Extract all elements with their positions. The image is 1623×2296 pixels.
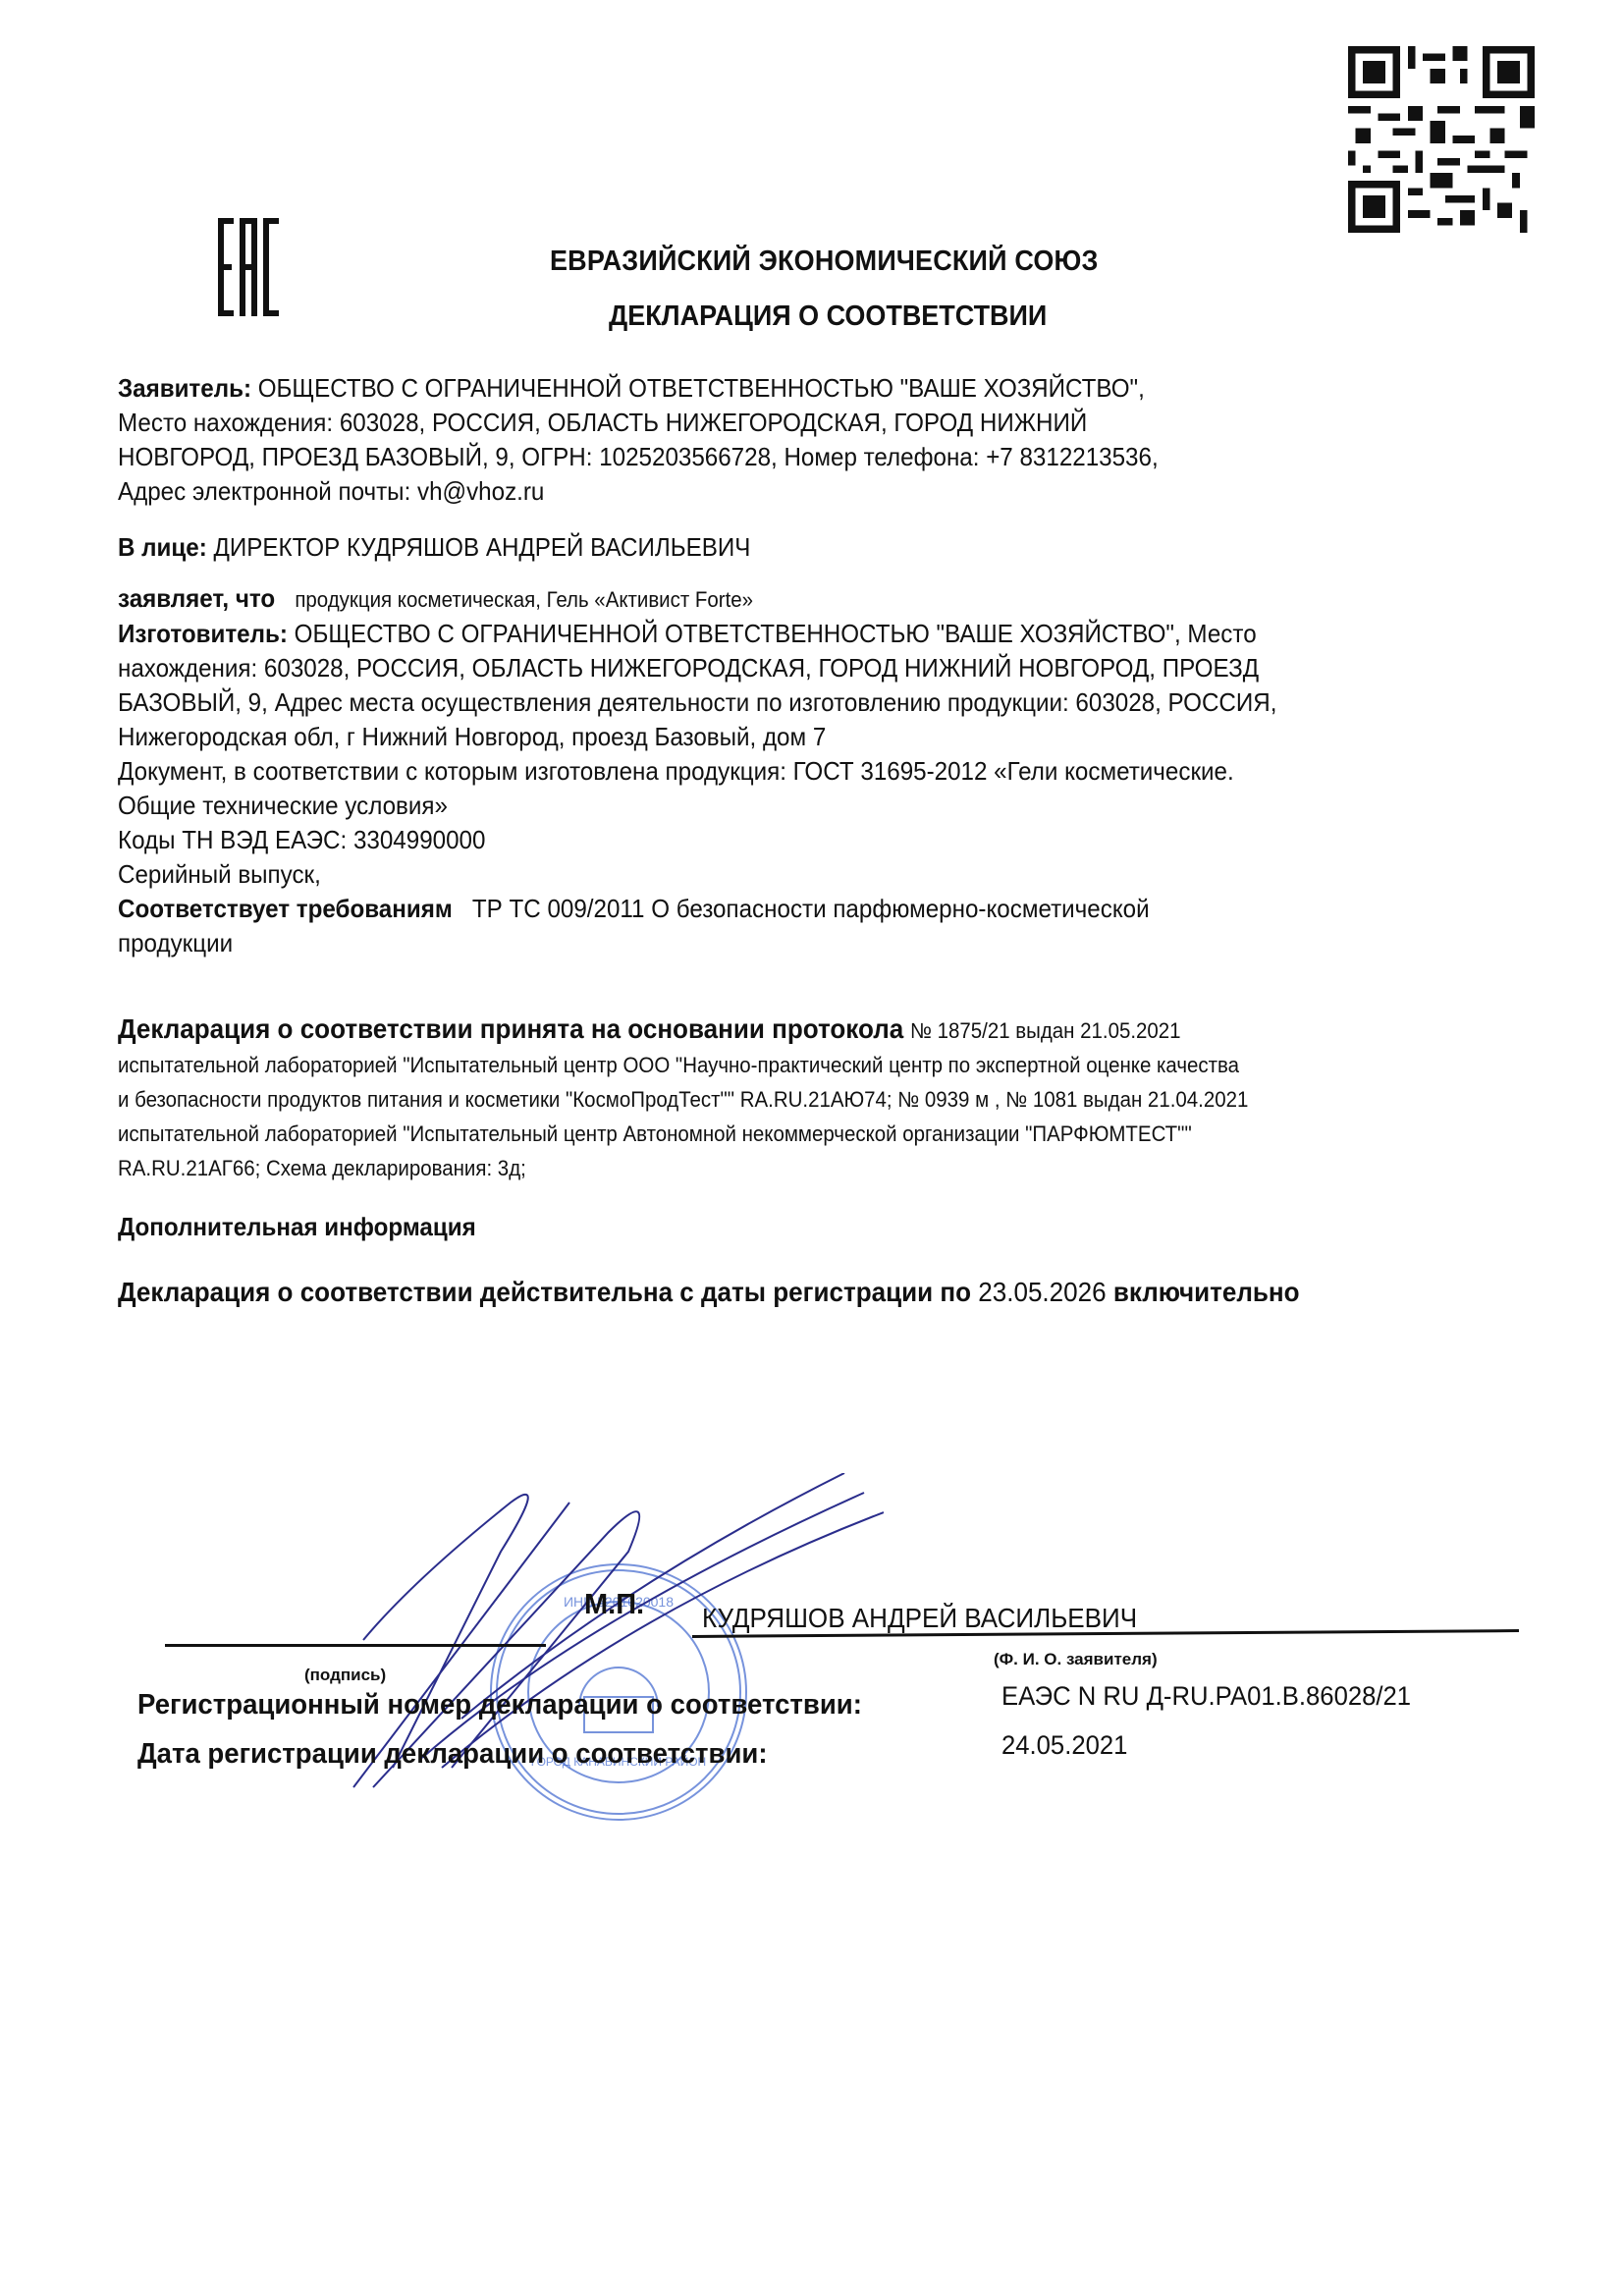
conformity-section: Соответствует требованиям ТР ТС 009/2011… <box>118 892 1442 960</box>
registration-date-label: Дата регистрации декларации о соответств… <box>137 1738 768 1771</box>
union-title: ЕВРАЗИЙСКИЙ ЭКОНОМИЧЕСКИЙ СОЮЗ <box>550 246 1099 278</box>
protocol-label: Декларация о соответствии принята на осн… <box>118 1013 903 1044</box>
protocol-section: Декларация о соответствии принята на осн… <box>118 1011 1442 1185</box>
represented-by-label: В лице: <box>118 532 207 562</box>
manufacturer-section: заявляет, что продукция косметическая, Г… <box>118 581 1442 892</box>
qr-code-icon[interactable] <box>1348 46 1535 233</box>
eac-logo-icon <box>218 218 279 316</box>
manufacturer-label: Изготовитель: <box>118 619 288 648</box>
applicant-line: Адрес электронной почты: vh@vhoz.ru <box>118 474 1442 509</box>
manufacturer-line: Нижегородская обл, г Нижний Новгород, пр… <box>118 720 1442 754</box>
represented-by: В лице: ДИРЕКТОР КУДРЯШОВ АНДРЕЙ ВАСИЛЬЕ… <box>118 530 1442 565</box>
protocol-line: и безопасности продуктов питания и косме… <box>118 1082 1442 1117</box>
conformity-regulation-cont: продукции <box>118 926 1442 960</box>
declares-label: заявляет, что <box>118 583 275 613</box>
document-title: ДЕКЛАРАЦИЯ О СООТВЕТСТВИИ <box>609 301 1047 333</box>
validity-suffix: включительно <box>1113 1277 1300 1307</box>
signature-caption: (подпись) <box>304 1666 386 1685</box>
registration-number-value: ЕАЭС N RU Д-RU.РА01.В.86028/21 <box>1001 1681 1411 1712</box>
applicant-line: ОБЩЕСТВО С ОГРАНИЧЕННОЙ ОТВЕТСТВЕННОСТЬЮ… <box>258 373 1145 403</box>
validity-date: 23.05.2026 <box>978 1277 1106 1307</box>
protocol-number: № 1875/21 выдан 21.05.2021 <box>910 1018 1181 1043</box>
manufacturer-line: нахождения: 603028, РОССИЯ, ОБЛАСТЬ НИЖЕ… <box>118 651 1442 685</box>
tn-ved-codes: Коды ТН ВЭД ЕАЭС: 3304990000 <box>118 823 1442 857</box>
signer-name: КУДРЯШОВ АНДРЕЙ ВАСИЛЬЕВИЧ <box>702 1603 1137 1634</box>
represented-by-value: ДИРЕКТОР КУДРЯШОВ АНДРЕЙ ВАСИЛЬЕВИЧ <box>214 532 751 562</box>
validity-section: Декларация о соответствии действительна … <box>118 1275 1442 1309</box>
applicant-label: Заявитель: <box>118 373 251 403</box>
validity-prefix: Декларация о соответствии действительна … <box>118 1277 971 1307</box>
standard-document: Общие технические условия» <box>118 789 1442 823</box>
protocol-line: испытательной лабораторией "Испытательны… <box>118 1048 1442 1082</box>
conformity-regulation: ТР ТС 009/2011 О безопасности парфюмерно… <box>472 894 1150 923</box>
applicant-section: Заявитель: ОБЩЕСТВО С ОГРАНИЧЕННОЙ ОТВЕТ… <box>118 371 1442 509</box>
standard-document: Документ, в соответствии с которым изгот… <box>118 754 1442 789</box>
manufacturer-line: ОБЩЕСТВО С ОГРАНИЧЕННОЙ ОТВЕТСТВЕННОСТЬЮ… <box>295 619 1257 648</box>
signature-line <box>165 1644 546 1647</box>
product-name: продукция косметическая, Гель «Активист … <box>295 587 753 612</box>
applicant-line: Место нахождения: 603028, РОССИЯ, ОБЛАСТ… <box>118 406 1442 440</box>
stamp-mark: М.П. <box>584 1589 644 1621</box>
manufacturer-line: БАЗОВЫЙ, 9, Адрес места осуществления де… <box>118 685 1442 720</box>
name-caption: (Ф. И. О. заявителя) <box>994 1650 1158 1669</box>
registration-date-value: 24.05.2021 <box>1001 1730 1127 1761</box>
additional-info-label: Дополнительная информация <box>118 1210 1442 1244</box>
applicant-line: НОВГОРОД, ПРОЕЗД БАЗОВЫЙ, 9, ОГРН: 10252… <box>118 440 1442 474</box>
protocol-line: испытательной лабораторией "Испытательны… <box>118 1117 1442 1151</box>
release-type: Серийный выпуск, <box>118 857 1442 892</box>
conformity-label: Соответствует требованиям <box>118 894 453 923</box>
registration-number-label: Регистрационный номер декларации о соотв… <box>137 1689 862 1722</box>
protocol-line: RA.RU.21АГ66; Схема декларирования: 3д; <box>118 1151 1442 1185</box>
